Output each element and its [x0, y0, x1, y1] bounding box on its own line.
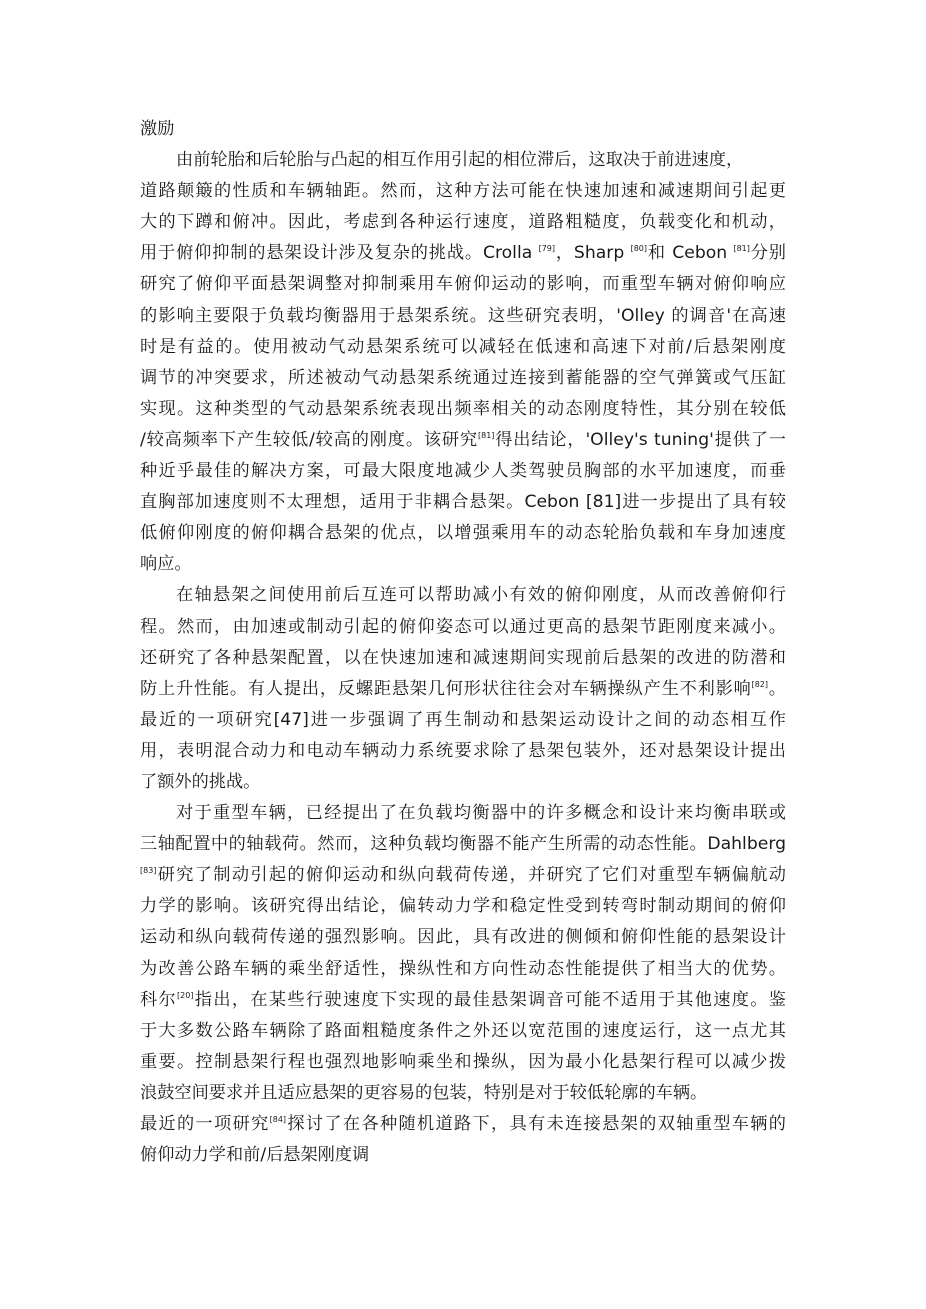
- paragraph-3-line-10: 浪鼓空间要求并且适应悬架的更容易的包装，特别是对于较低轮廓的车辆。: [140, 1078, 786, 1109]
- citation-ref: [81]: [733, 244, 749, 253]
- paragraph-3-line-2: 三轴配置中的轴载荷。然而，这种负载均衡器不能产生所需的动态性能。Dahlberg: [140, 829, 786, 860]
- citation-ref: [81]: [478, 431, 494, 440]
- paragraph-2-line-7: 了额外的挑战。: [140, 767, 786, 798]
- paragraph-3-line-8: 于大多数公路车辆除了路面粗糙度条件之外还以宽范围的速度运行，这一点尤其: [140, 1016, 786, 1047]
- paragraph-3-line-6: 为改善公路车辆的乘坐舒适性，操纵性和方向性动态性能提供了相当大的优势。: [140, 954, 786, 985]
- paragraph-2-line-3: 还研究了各种悬架配置，以在快速加速和减速期间实现前后悬架的改进的防潜和: [140, 643, 786, 674]
- paragraph-1-line-5: 研究了俯仰平面悬架调整对抑制乘用车俯仰运动的影响，而重型车辆对俯仰响应: [140, 269, 786, 300]
- paragraph-3-line-5: 运动和纵向载荷传递的强烈影响。因此，具有改进的侧倾和俯仰性能的悬架设计: [140, 922, 786, 953]
- citation-ref: [80]: [631, 244, 647, 253]
- paragraph-1-line-3: 大的下蹲和俯冲。因此，考虑到各种运行速度，道路粗糙度，负载变化和机动，: [140, 207, 786, 238]
- paragraph-1-line-9: 实现。这种类型的气动悬架系统表现出频率相关的动态刚度特性，其分别在较低: [140, 394, 786, 425]
- citation-ref: [84]: [270, 1115, 286, 1124]
- paragraph-1-line-13: 低俯仰刚度的俯仰耦合悬架的优点，以增强乘用车的动态轮胎负载和车身加速度: [140, 518, 786, 549]
- paragraph-2-line-6: 用，表明混合动力和电动车辆动力系统要求除了悬架包装外，还对悬架设计提出: [140, 736, 786, 767]
- citation-ref: [79]: [539, 244, 555, 253]
- citation-ref: [20]: [177, 991, 193, 1000]
- paragraph-2-line-5: 最近的一项研究[47]进一步强调了再生制动和悬架运动设计之间的动态相互作: [140, 705, 786, 736]
- paragraph-1-line-4: 用于俯仰抑制的悬架设计涉及复杂的挑战。Crolla [79]，Sharp [80…: [140, 238, 786, 269]
- paragraph-2-line-1: 在轴悬架之间使用前后互连可以帮助减小有效的俯仰刚度，从而改善俯仰行: [140, 580, 786, 611]
- paragraph-1-line-6: 的影响主要限于负载均衡器用于悬架系统。这些研究表明，'Olley 的调音'在高速: [140, 301, 786, 332]
- paragraph-3-line-4: 力学的影响。该研究得出结论，偏转动力学和稳定性受到转弯时制动期间的俯仰: [140, 891, 786, 922]
- paragraph-3-line-9: 重要。控制悬架行程也强烈地影响乘坐和操纵，因为最小化悬架行程可以减少拨: [140, 1047, 786, 1078]
- paragraph-4-line-1: 最近的一项研究[84]探讨了在各种随机道路下，具有未连接悬架的双轴重型车辆的: [140, 1109, 786, 1140]
- paragraph-1-line-14: 响应。: [140, 549, 786, 580]
- citation-ref: [83]: [140, 866, 156, 875]
- paragraph-1-line-12: 直胸部加速度则不太理想，适用于非耦合悬架。Cebon [81]进一步提出了具有较: [140, 487, 786, 518]
- paragraph-2-line-2: 程。然而，由加速或制动引起的俯仰姿态可以通过更高的悬架节距刚度来减小。: [140, 612, 786, 643]
- paragraph-1-line-10: /较高频率下产生较低/较高的刚度。该研究[81]得出结论，'Olley's tu…: [140, 425, 786, 456]
- heading-fragment: 激励: [140, 114, 786, 145]
- paragraph-3-line-1: 对于重型车辆，已经提出了在负载均衡器中的许多概念和设计来均衡串联或: [140, 798, 786, 829]
- paragraph-2-line-4: 防上升性能。有人提出，反螺距悬架几何形状往往会对车辆操纵产生不利影响[82]。: [140, 674, 786, 705]
- paragraph-1-line-11: 种近乎最佳的解决方案，可最大限度地减少人类驾驶员胸部的水平加速度，而垂: [140, 456, 786, 487]
- paragraph-1-line-8: 调节的冲突要求，所述被动气动悬架系统通过连接到蓄能器的空气弹簧或气压缸: [140, 363, 786, 394]
- paragraph-4-line-2: 俯仰动力学和前/后悬架刚度调: [140, 1140, 786, 1171]
- document-page: 激励 由前轮胎和后轮胎与凸起的相互作用引起的相位滞后，这取决于前进速度， 道路颠…: [140, 114, 786, 1171]
- paragraph-1-line-7: 时是有益的。使用被动气动悬架系统可以减轻在低速和高速下对前/后悬架刚度: [140, 332, 786, 363]
- paragraph-1-line-2: 道路颠簸的性质和车辆轴距。然而，这种方法可能在快速加速和减速期间引起更: [140, 176, 786, 207]
- paragraph-3-line-3: [83]研究了制动引起的俯仰运动和纵向载荷传递，并研究了它们对重型车辆偏航动: [140, 860, 786, 891]
- paragraph-3-line-7: 科尔[20]指出，在某些行驶速度下实现的最佳悬架调音可能不适用于其他速度。鉴: [140, 985, 786, 1016]
- paragraph-1-line-1: 由前轮胎和后轮胎与凸起的相互作用引起的相位滞后，这取决于前进速度，: [140, 145, 786, 176]
- citation-ref: [82]: [752, 680, 768, 689]
